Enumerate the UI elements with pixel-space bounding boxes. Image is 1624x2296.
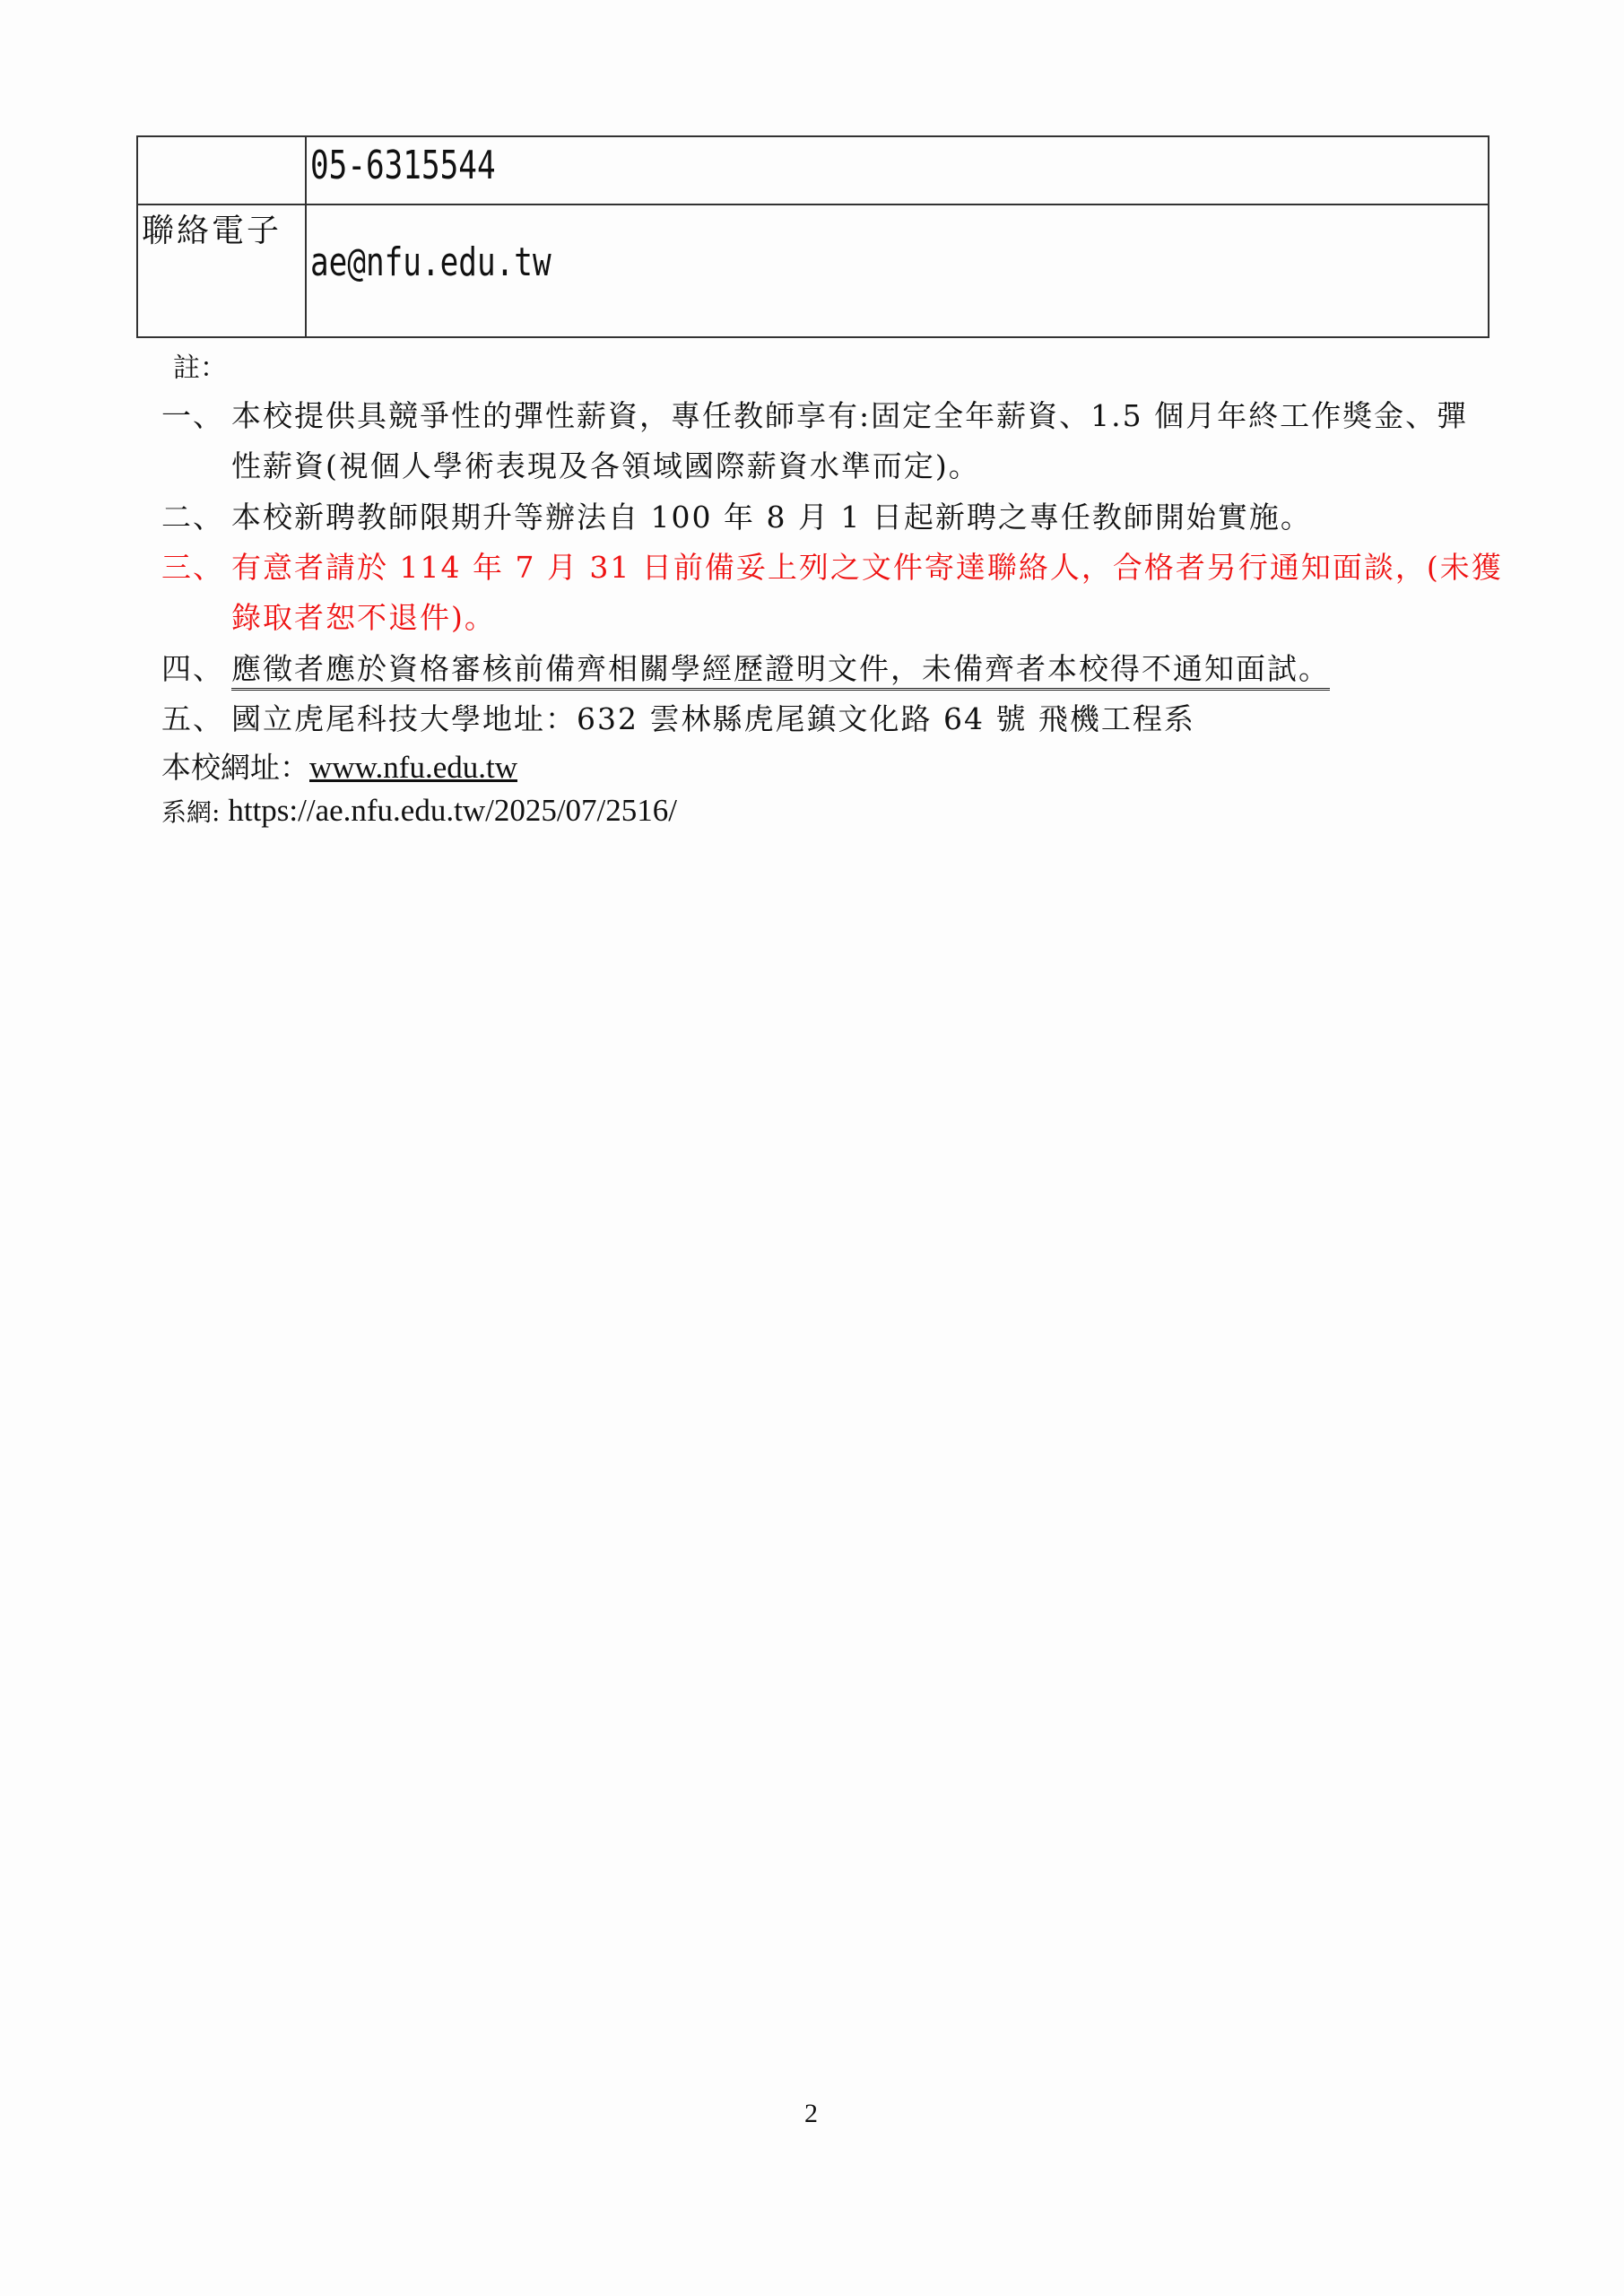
document-page: 05-6315544 聯絡電子 ae@nfu.edu.tw 註： 一、本校提供具… bbox=[0, 0, 1624, 2296]
note-item-3-deadline: 三、有意者請於 114 年 7 月 31 日前備妥上列之文件寄達聯絡人，合格者另… bbox=[161, 544, 1503, 587]
dept-website-url: https://ae.nfu.edu.tw/2025/07/2516/ bbox=[228, 793, 677, 828]
school-website-label: 本校網址： bbox=[161, 750, 309, 785]
school-website-link[interactable]: www.nfu.edu.tw bbox=[309, 750, 517, 785]
note-item-2: 二、本校新聘教師限期升等辦法自 100 年 8 月 1 日起新聘之專任教師開始實… bbox=[161, 494, 1312, 536]
note-text: 有意者請於 114 年 7 月 31 日前備妥上列之文件寄達聯絡人，合格者另行通… bbox=[231, 550, 1503, 585]
notes-heading: 註： bbox=[173, 345, 227, 385]
note-number: 二、 bbox=[161, 494, 231, 536]
note-text: 國立虎尾科技大學地址：632 雲林縣虎尾鎮文化路 64 號 飛機工程系 bbox=[231, 701, 1195, 736]
note-item-1-continued: 性薪資(視個人學術表現及各領域國際薪資水準而定)。 bbox=[231, 443, 980, 485]
dept-website-line: 系網: https://ae.nfu.edu.tw/2025/07/2516/ bbox=[161, 793, 677, 829]
note-item-1: 一、本校提供具競爭性的彈性薪資，專任教師享有:固定全年薪資、1.5 個月年終工作… bbox=[161, 393, 1468, 435]
contact-label bbox=[137, 136, 306, 204]
page-number: 2 bbox=[804, 2099, 818, 2129]
contact-label-email: 聯絡電子 bbox=[137, 204, 306, 337]
note-text-underlined: 應徵者應於資格審核前備齊相關學經歷證明文件，未備齊者本校得不通知面試。 bbox=[231, 651, 1330, 691]
note-number: 三、 bbox=[161, 544, 231, 587]
note-item-4: 四、應徵者應於資格審核前備齊相關學經歷證明文件，未備齊者本校得不通知面試。 bbox=[161, 646, 1330, 688]
phone-value: 05-6315544 bbox=[310, 143, 496, 188]
note-number: 四、 bbox=[161, 646, 231, 688]
contact-row-phone: 05-6315544 bbox=[137, 136, 1489, 204]
school-website-line: 本校網址：www.nfu.edu.tw bbox=[161, 744, 517, 787]
note-item-5-address: 五、國立虎尾科技大學地址：632 雲林縣虎尾鎮文化路 64 號 飛機工程系 bbox=[161, 696, 1195, 738]
note-item-3-continued: 錄取者恕不退件)。 bbox=[231, 595, 496, 637]
contact-row-email: 聯絡電子 ae@nfu.edu.tw bbox=[137, 204, 1489, 337]
dept-website-label: 系網: bbox=[161, 797, 228, 827]
note-number: 五、 bbox=[161, 696, 231, 738]
note-number: 一、 bbox=[161, 393, 231, 435]
contact-table: 05-6315544 聯絡電子 ae@nfu.edu.tw bbox=[136, 135, 1489, 338]
email-value: ae@nfu.edu.tw bbox=[310, 239, 551, 285]
note-text: 本校新聘教師限期升等辦法自 100 年 8 月 1 日起新聘之專任教師開始實施。 bbox=[231, 500, 1312, 535]
note-text: 本校提供具競爭性的彈性薪資，專任教師享有:固定全年薪資、1.5 個月年終工作獎金… bbox=[231, 398, 1468, 433]
